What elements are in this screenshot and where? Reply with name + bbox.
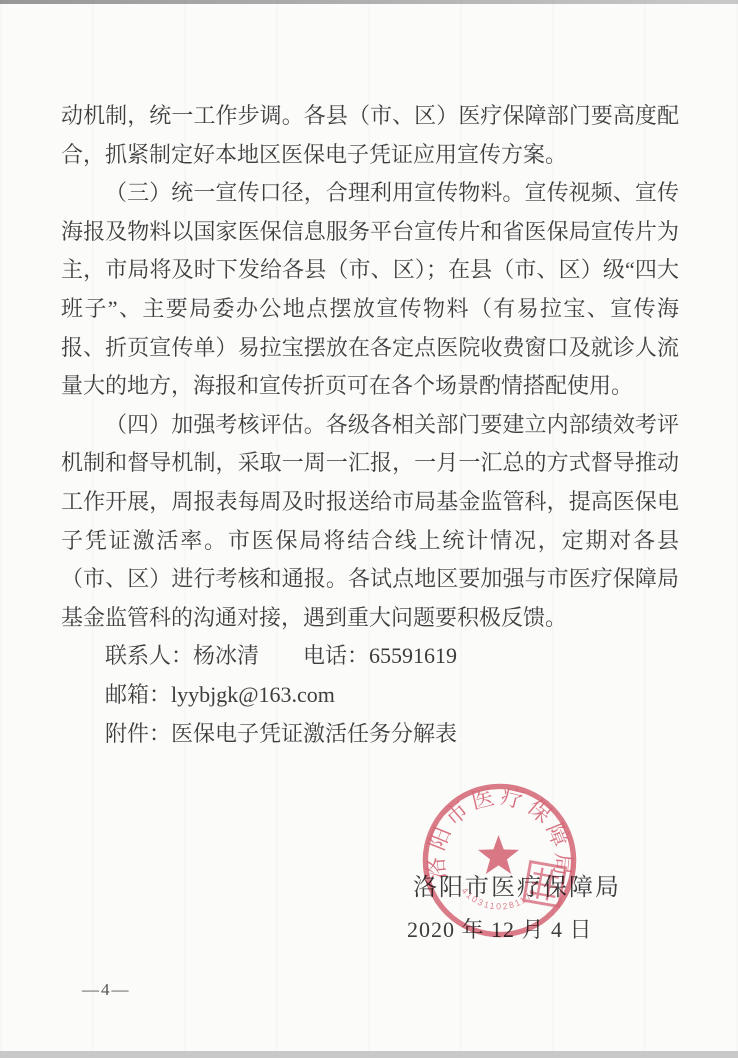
scanner-edge-bottom: [0, 1051, 738, 1058]
seal-code: 4103110281172: [460, 886, 540, 912]
contact-line: 联系人：杨冰清 电话：65591619: [61, 637, 679, 676]
paragraph-continuation: 动机制，统一工作步调。各县（市、区）医疗保障部门要高度配合，抓紧制定好本地区医保…: [61, 97, 679, 174]
attachment-line: 附件：医保电子凭证激活任务分解表: [61, 715, 679, 754]
scanned-document-page: { "page": { "background": "#fbfbfa", "in…: [0, 0, 738, 1058]
email-line: 邮箱：lyybjgk@163.com: [61, 676, 679, 715]
paragraph-section-4: （四）加强考核评估。各级各相关部门要建立内部绩效考评机制和督导机制，采取一周一汇…: [61, 406, 679, 638]
seal-star-icon: [478, 835, 519, 874]
official-seal: 洛阳市医疗保障局 4103110281172: [421, 782, 578, 939]
page-number: —4—: [82, 980, 131, 1000]
paragraph-section-3: （三）统一宣传口径，合理利用宣传物料。宣传视频、宣传海报及物料以国家医保信息服务…: [61, 174, 679, 406]
scanner-edge-top: [0, 0, 738, 4]
document-body: 动机制，统一工作步调。各县（市、区）医疗保障部门要高度配合，抓紧制定好本地区医保…: [61, 97, 679, 753]
